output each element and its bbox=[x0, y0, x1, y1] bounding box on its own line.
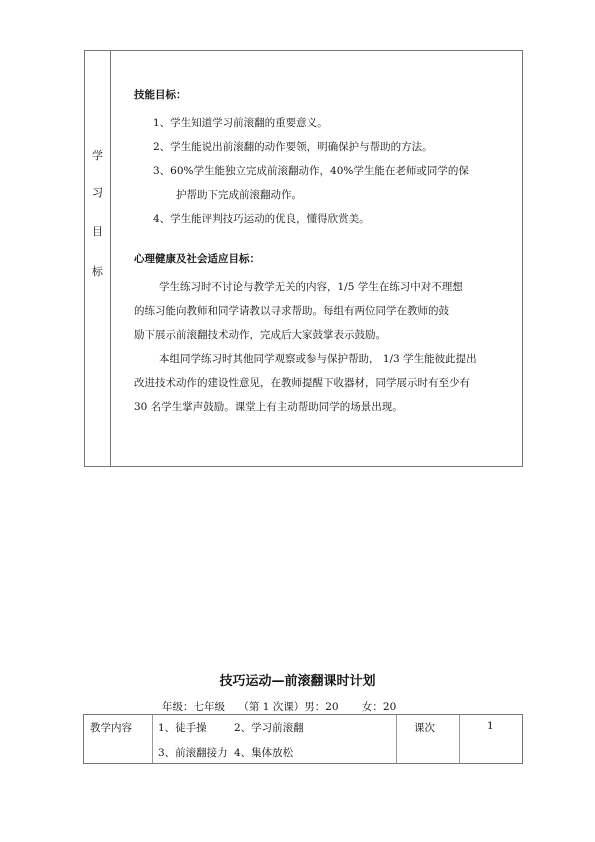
column-divider bbox=[396, 715, 397, 763]
paragraph-line: 学生练习时不讨论与教学无关的内容，1/5 学生在练习中对不理想 bbox=[134, 275, 508, 299]
content-item: 1、徒手操 bbox=[158, 720, 207, 735]
side-label-char: 标 bbox=[85, 263, 110, 279]
skill-goal-item: 3、60%学生能独立完成前滚翻动作，40%学生能在老师或同学的保 bbox=[134, 159, 508, 183]
skill-goals-heading: 技能目标： bbox=[134, 85, 508, 111]
lesson-count-label: 课次 bbox=[414, 720, 435, 735]
skill-goal-item: 4、学生能评判技巧运动的优良，懂得欣赏美。 bbox=[134, 207, 508, 231]
side-label-char: 学 bbox=[85, 147, 110, 163]
lesson-plan-table: 教学内容 1、徒手操 2、学习前滚翻 3、前滚翻接力 4、集体放松 课次 1 bbox=[83, 714, 523, 764]
side-label-char: 习 bbox=[85, 184, 110, 200]
column-divider bbox=[459, 715, 460, 763]
psych-goal-paragraph: 学生练习时不讨论与教学无关的内容，1/5 学生在练习中对不理想 的练习能向教师和… bbox=[134, 275, 508, 347]
content-item: 4、集体放松 bbox=[234, 745, 293, 760]
side-label-char: 目 bbox=[85, 223, 110, 239]
column-divider bbox=[110, 51, 111, 466]
content-item: 3、前滚翻接力 bbox=[158, 745, 228, 760]
paragraph-line: 30 名学生掌声鼓励。课堂上有主动帮助同学的场景出现。 bbox=[134, 395, 508, 419]
content-label: 教学内容 bbox=[90, 720, 132, 735]
psych-goals-heading: 心理健康及社会适应目标： bbox=[134, 249, 508, 275]
lesson-count-value: 1 bbox=[487, 720, 494, 732]
psych-goal-paragraph: 本组同学练习时其他同学观察或参与保护帮助， 1/3 学生能彼此提出 改进技术动作… bbox=[134, 347, 508, 419]
learning-objectives-table: 学 习 目 标 技能目标： 1、学生知道学习前滚翻的重要意义。 2、学生能说出前… bbox=[84, 50, 523, 467]
paragraph-line: 改进技术动作的建设性意见，在教师提醒下收器材，同学展示时有至少有 bbox=[134, 371, 508, 395]
paragraph-line: 的练习能向教师和同学请教以寻求帮助。每组有两位同学在教师的鼓 bbox=[134, 299, 508, 323]
skill-goal-item: 1、学生知道学习前滚翻的重要意义。 bbox=[134, 111, 508, 135]
lesson-plan-subtitle: 年级：七年级 （第 1 次课）男：20 女：20 bbox=[162, 699, 396, 714]
paragraph-line: 本组同学练习时其他同学观察或参与保护帮助， 1/3 学生能彼此提出 bbox=[134, 347, 508, 371]
objectives-content: 技能目标： 1、学生知道学习前滚翻的重要意义。 2、学生能说出前滚翻的动作要领，… bbox=[134, 85, 508, 419]
skill-goal-item-continued: 护帮助下完成前滚翻动作。 bbox=[134, 183, 508, 207]
paragraph-line: 励下展示前滚翻技术动作，完成后大家鼓掌表示鼓励。 bbox=[134, 323, 508, 347]
skill-goal-item: 2、学生能说出前滚翻的动作要领，明确保护与帮助的方法。 bbox=[134, 135, 508, 159]
lesson-plan-title: 技巧运动—前滚翻课时计划 bbox=[0, 670, 595, 689]
content-item: 2、学习前滚翻 bbox=[234, 720, 304, 735]
column-divider bbox=[152, 715, 153, 763]
